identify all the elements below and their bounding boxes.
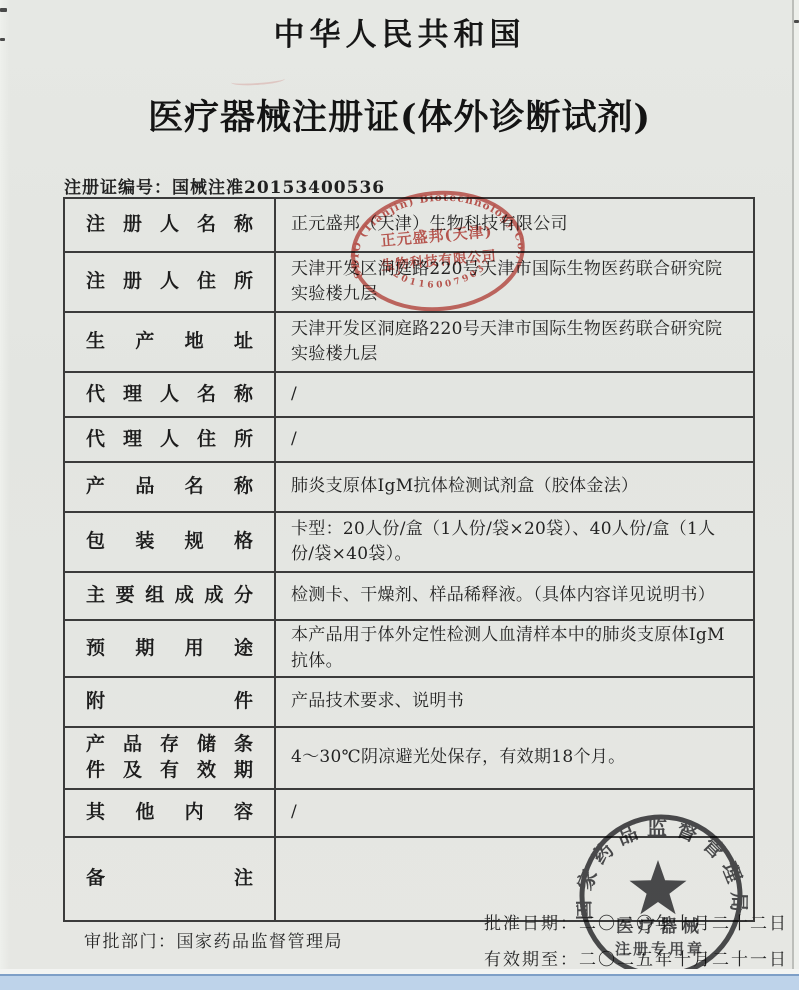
approval-date-label: 批准日期： [484, 914, 579, 934]
page-title: 中华人民共和国 [0, 9, 799, 54]
row-value: / [275, 417, 754, 462]
row-label: 产品名称 [64, 462, 275, 512]
paper-right-edge [794, 0, 799, 972]
table-row: 代理人名称 / [64, 372, 754, 417]
authority-seal-line2: 注册专用章 [615, 940, 705, 958]
row-value: / [275, 372, 754, 417]
row-label: 代理人名称 [64, 372, 275, 417]
registration-number: 注册证编号：国械注准20153400536 [64, 173, 385, 198]
row-label: 代理人住所 [64, 417, 275, 462]
row-value: 卡型：20人份/盒（1人份/袋×20袋）、40人份/盒（1人份/袋×40袋）。 [275, 512, 754, 572]
company-seal-name-line1: 正元盛邦(天津) [380, 222, 493, 250]
scan-smudge [231, 74, 285, 87]
row-value: 肺炎支原体IgM抗体检测试剂盒（胶体金法） [275, 462, 754, 512]
row-label: 注册人住所 [64, 252, 275, 312]
row-value: 产品技术要求、说明书 [275, 677, 754, 727]
table-row: 产品存储条 件及有效期 4～30℃阴凉避光处保存，有效期18个月。 [64, 727, 754, 789]
table-row: 代理人住所 / [64, 417, 754, 462]
table-row: 主要组成成分 检测卡、干燥剂、样品稀释液。（具体内容详见说明书） [64, 572, 754, 620]
authority-seal-line1: 医疗器械 [616, 916, 704, 937]
row-label: 预期用途 [64, 620, 275, 677]
row-label: 产品存储条 件及有效期 [64, 727, 275, 789]
table-row: 产品名称 肺炎支原体IgM抗体检测试剂盒（胶体金法） [64, 462, 754, 512]
certificate-title: 医疗器械注册证(体外诊断试剂) [0, 90, 799, 140]
certificate-page: 中华人民共和国 医疗器械注册证(体外诊断试剂) 注册证编号：国械注准201534… [0, 0, 799, 990]
authority-seal-stamp-icon: 国家药品监督管理局 医疗器械 注册专用章 [576, 814, 748, 986]
row-label: 其他内容 [64, 789, 275, 837]
paper-left-edge [0, 0, 10, 990]
table-row: 包装规格 卡型：20人份/盒（1人份/袋×20袋）、40人份/盒（1人份/袋×4… [64, 512, 754, 572]
registration-number-label: 注册证编号： [64, 178, 172, 198]
row-label: 注册人名称 [64, 198, 275, 252]
row-value: 本产品用于体外定性检测人血清样本中的肺炎支原体IgM抗体。 [275, 620, 754, 677]
table-row: 生产地址 天津开发区洞庭路220号天津市国际生物医药联合研究院实验楼九层 [64, 312, 754, 372]
row-label: 包装规格 [64, 512, 275, 572]
table-row: 附件 产品技术要求、说明书 [64, 677, 754, 727]
window-bottom-edge [0, 974, 799, 990]
row-value: 4～30℃阴凉避光处保存，有效期18个月。 [275, 727, 754, 789]
row-value: 天津开发区洞庭路220号天津市国际生物医药联合研究院实验楼九层 [275, 312, 754, 372]
row-label: 主要组成成分 [64, 572, 275, 620]
valid-until-label: 有效期至： [484, 950, 579, 970]
row-value: 检测卡、干燥剂、样品稀释液。（具体内容详见说明书） [275, 572, 754, 620]
paper-right-shadow [792, 0, 794, 972]
row-label: 生产地址 [64, 312, 275, 372]
star-icon [630, 860, 687, 914]
row-label: 备注 [64, 837, 275, 921]
table-row: 预期用途 本产品用于体外定性检测人血清样本中的肺炎支原体IgM抗体。 [64, 620, 754, 677]
approval-department: 审批部门：国家药品监督管理局 [84, 927, 343, 952]
company-seal-stamp-icon: JOYSBIO (Tianjin) Biotechnology Co., Ltd… [343, 180, 533, 323]
row-label: 附件 [64, 677, 275, 727]
